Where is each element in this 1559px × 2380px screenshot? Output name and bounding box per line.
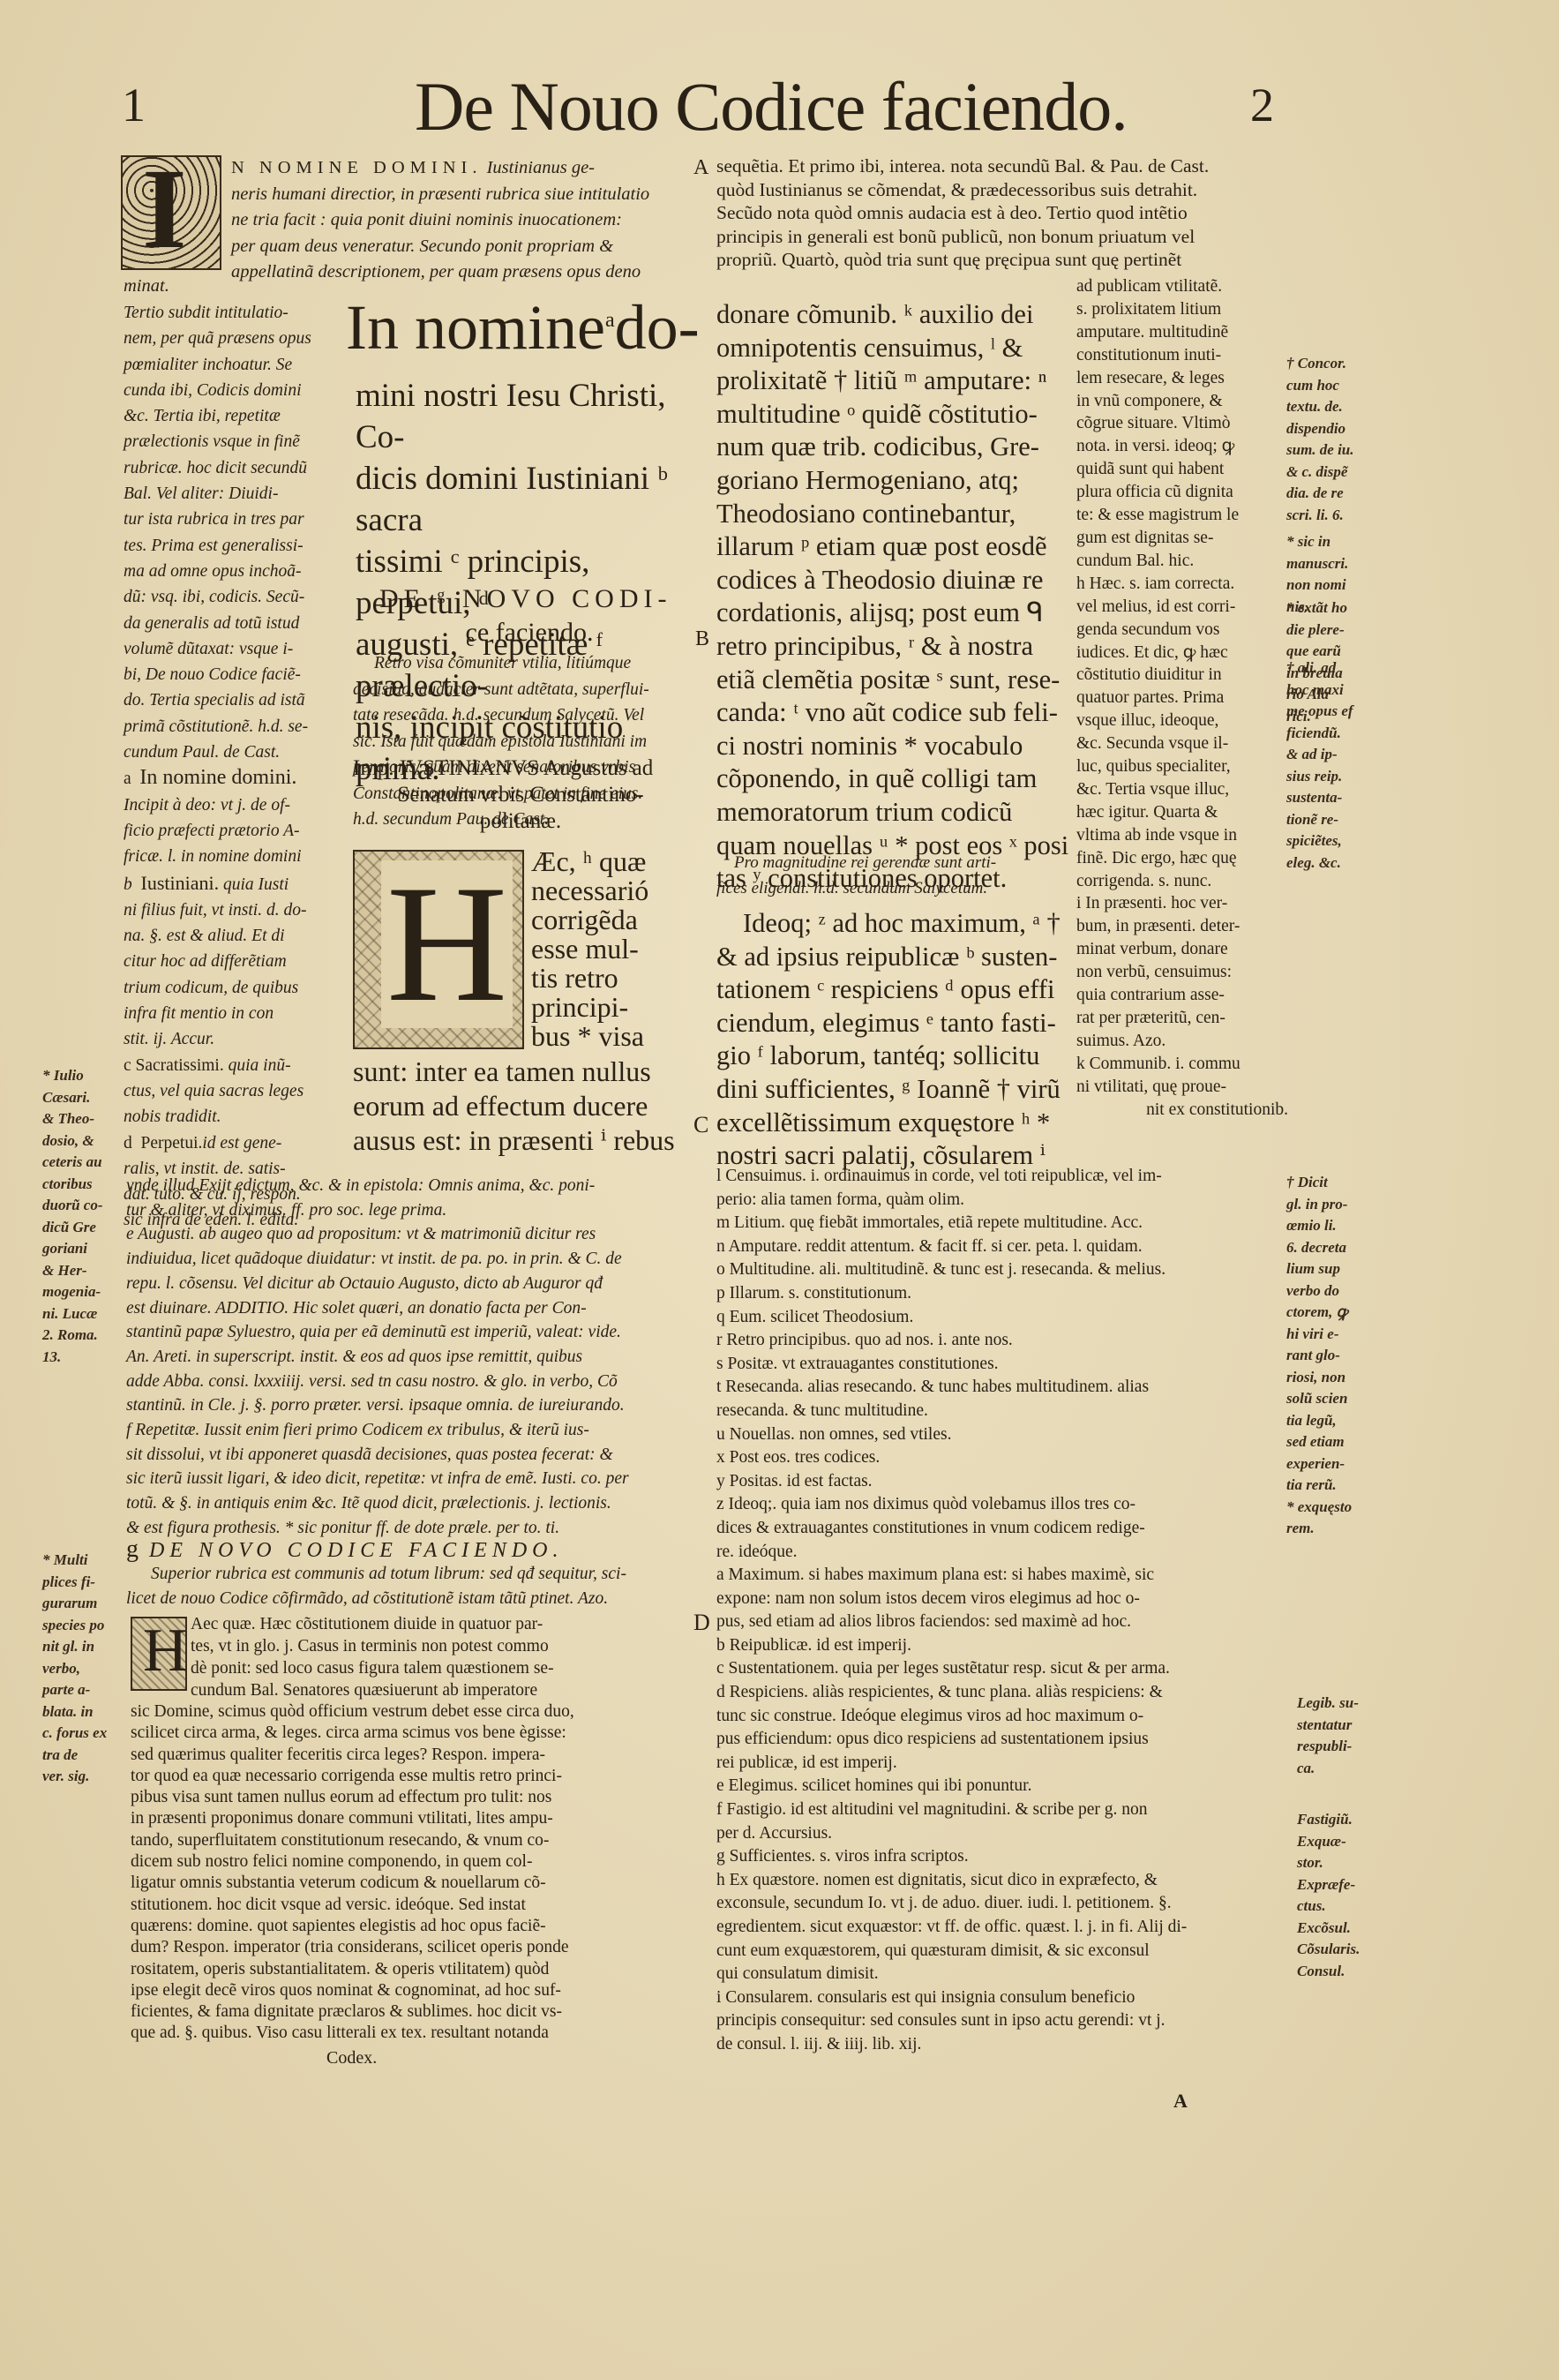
inscriptio: Imp. IVSTINIANVS Augustus ad Senatum vrb… (353, 755, 688, 835)
margin-note-concordance: † Concor.cum hoctextu. de.dispendiosum. … (1286, 353, 1383, 526)
folio-number-right: 2 (1250, 81, 1274, 129)
decorated-initial-i: I (121, 155, 221, 270)
gloss-note-a: a In nomine domini. (124, 765, 335, 792)
decorated-initial-h: H (353, 850, 524, 1049)
gloss-note-d: d Perpetui.id est gene- (124, 1130, 335, 1156)
section-marker-b: B (695, 628, 709, 649)
margin-note-legibus: Legib. su-stentaturrespubli-ca. (1297, 1693, 1394, 1779)
section-intro: Superior rubrica est communis ad totum l… (126, 1562, 695, 1611)
main-text-initial-lines: Æc, ʰ quæ necessarió corrigẽda esse mul-… (531, 847, 648, 1051)
lower-left-gloss: vnde illud Exijt edictum, &c. & in epist… (126, 1174, 695, 1541)
main-text-incipit: In nomineado- (346, 296, 700, 359)
summarium-right: Pro magnitudine rei gerendæ sunt arti- f… (716, 850, 1069, 901)
top-gloss: N NOMINE DOMINI. Iustinianus ge- neris h… (231, 155, 690, 286)
gloss-note-b: b Iustiniani. quia Iusti (124, 870, 335, 897)
folio-number-left: 1 (122, 81, 146, 129)
margin-note-dignities: Fastigiũ.Exquæ-stor.Expræfe-ctus.Excõsul… (1297, 1809, 1394, 1982)
section-marker-a: A (693, 157, 708, 178)
section-marker-d: D (693, 1611, 710, 1634)
catchword: Codex. (326, 2046, 377, 2072)
main-text-right-2: Ideoq; ᶻ ad hoc maximum, ᵃ † & ad ipsius… (716, 907, 1069, 1173)
casus-initial-lines: Aec quæ. Hæc cõstitutionem diuide in qua… (191, 1613, 695, 1701)
main-text-continuation: sunt: inter ea tamen nullus eorum ad eff… (353, 1055, 697, 1158)
lower-right-gloss: l Censuimus. i. ordinauimus in corde, ve… (716, 1165, 1303, 2057)
section-heading: g DE NOVO CODICE FACIENDO. (126, 1537, 695, 1565)
margin-note-variant: † ali. adhoc maxime opus efficiendũ.& ad… (1286, 657, 1383, 874)
margin-note-julio-caesari: * IulioCæsari.& Theo-dosio, &ceteris auc… (42, 1065, 122, 1368)
rubric-heading: DE ᵍ NOVO CODI- ce faciendo. (379, 582, 679, 649)
section-marker-c: C (693, 1114, 708, 1137)
decorated-initial-h-small: H (131, 1617, 187, 1691)
casus-text: sic Domine, scimus quòd officium vestrum… (131, 1701, 695, 2045)
gloss-line: minat. (124, 274, 169, 300)
gloss-opening: N NOMINE DOMINI. (231, 158, 482, 177)
main-text-right: donare cõmunib. ᵏ auxilio dei omnipotent… (716, 298, 1069, 896)
right-gloss-column: ad publicam vtilitatẽ. s. prolixitatem l… (1076, 275, 1288, 1122)
page-title: De Nouo Codice faciendo. (415, 72, 1128, 141)
margin-note-figures: * Multiplices fi-gurarumspecies ponit gl… (42, 1550, 122, 1788)
signature-mark: A (1173, 2090, 1188, 2113)
gloss-note-c: c Sacratissimi. quia inũ- (124, 1053, 335, 1078)
right-top-gloss: sequẽtia. Et primo ibi, interea. nota se… (716, 154, 1299, 272)
left-gloss-column: Tertio subdit intitulatio- nem, per quã … (124, 300, 335, 1234)
